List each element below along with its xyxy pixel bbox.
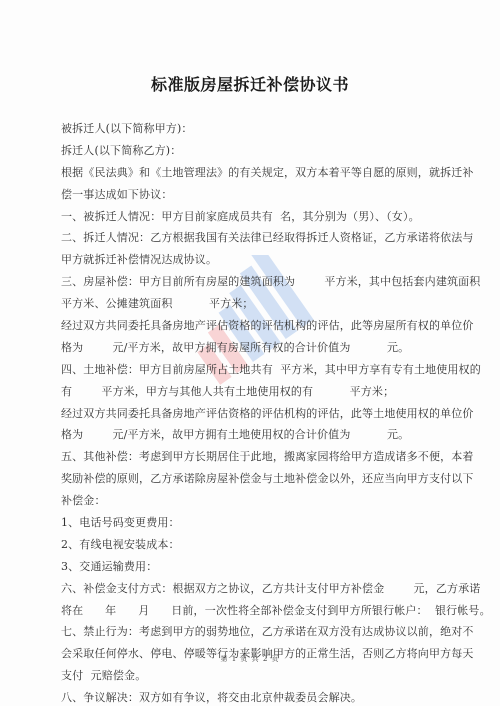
document-body: 被拆迁人(以下简称甲方)： 拆迁人(以下简称乙方)： 根据《民法典》和《土地管理…	[61, 118, 441, 706]
text-line: 平方米、公摊建筑面积 平方米；	[61, 293, 441, 315]
text-line: 3、交通运输费用：	[61, 556, 441, 578]
text-line: 支付 元赔偿金。	[61, 665, 441, 687]
text-line: 经过双方共同委托具备房地产评估资格的评估机构的评估，此等房屋所有权的单位价	[61, 315, 441, 337]
text-line: 拆迁人(以下简称乙方)：	[61, 140, 441, 162]
text-line: 被拆迁人(以下简称甲方)：	[61, 118, 441, 140]
text-line: 1、电话号码变更费用：	[61, 512, 441, 534]
text-line: 2、有线电视安装成本：	[61, 534, 441, 556]
text-line: 三、房屋补偿：甲方目前所有房屋的建筑面积为 平方米，其中包括套内建筑面积	[61, 271, 441, 293]
text-line: 四、土地补偿：甲方目前房屋所占土地共有 平方米，其中甲方享有专有土地使用权的	[61, 359, 441, 381]
text-line: 有 平方米，甲方与其他人共有土地使用权的有 平方米；	[61, 381, 441, 403]
document-title: 标准版房屋拆迁补偿协议书	[0, 72, 500, 95]
text-line: 六、补偿金支付方式：根据双方之协议，乙方共计支付甲方补偿金 元，乙方承诺	[61, 578, 441, 600]
text-line: 八、争议解决：双方如有争议，将交由北京仲裁委员会解决。	[61, 687, 441, 706]
document-page: 标准版房屋拆迁补偿协议书 被拆迁人(以下简称甲方)： 拆迁人(以下简称乙方)： …	[0, 0, 500, 706]
text-line: 奖励补偿的原则，乙方承诺除房屋补偿金与土地补偿金以外，还应当向甲方支付以下	[61, 468, 441, 490]
text-line: 格为 元/平方米，故甲方拥有土地使用权的合计价值为 元。	[61, 424, 441, 446]
text-line: 一、被拆迁人情况：甲方目前家庭成员共有 名，其分别为（男）、（女）。	[61, 206, 441, 228]
text-line: 将在 年 月 日前，一次性将全部补偿金支付到甲方所银行帐户： 银行帐号。	[61, 600, 441, 622]
text-line: 七、禁止行为：考虑到甲方的弱势地位，乙方承诺在双方没有达成协议以前，绝对不	[61, 621, 441, 643]
text-line: 根据《民法典》和《土地管理法》的有关规定，双方本着平等自愿的原则，就拆迁补	[61, 162, 441, 184]
text-line: 五、其他补偿：考虑到甲方长期居住于此地，搬离家园将给甲方造成诸多不便，本着	[61, 446, 441, 468]
page-number-footer: 第 1 页 共 2 页	[0, 654, 500, 664]
text-line: 补偿金：	[61, 490, 441, 512]
text-line: 偿一事达成如下协议：	[61, 184, 441, 206]
text-line: 二、拆迁人情况：乙方根据我国有关法律已经取得拆迁人资格证，乙方承诺将依法与	[61, 227, 441, 249]
text-line: 格为 元/平方米，故甲方拥有房屋所有权的合计价值为 元。	[61, 337, 441, 359]
text-line: 经过双方共同委托具备房地产评估资格的评估机构的评估，此等土地使用权的单位价	[61, 403, 441, 425]
text-line: 甲方就拆迁补偿情况达成协议。	[61, 249, 441, 271]
